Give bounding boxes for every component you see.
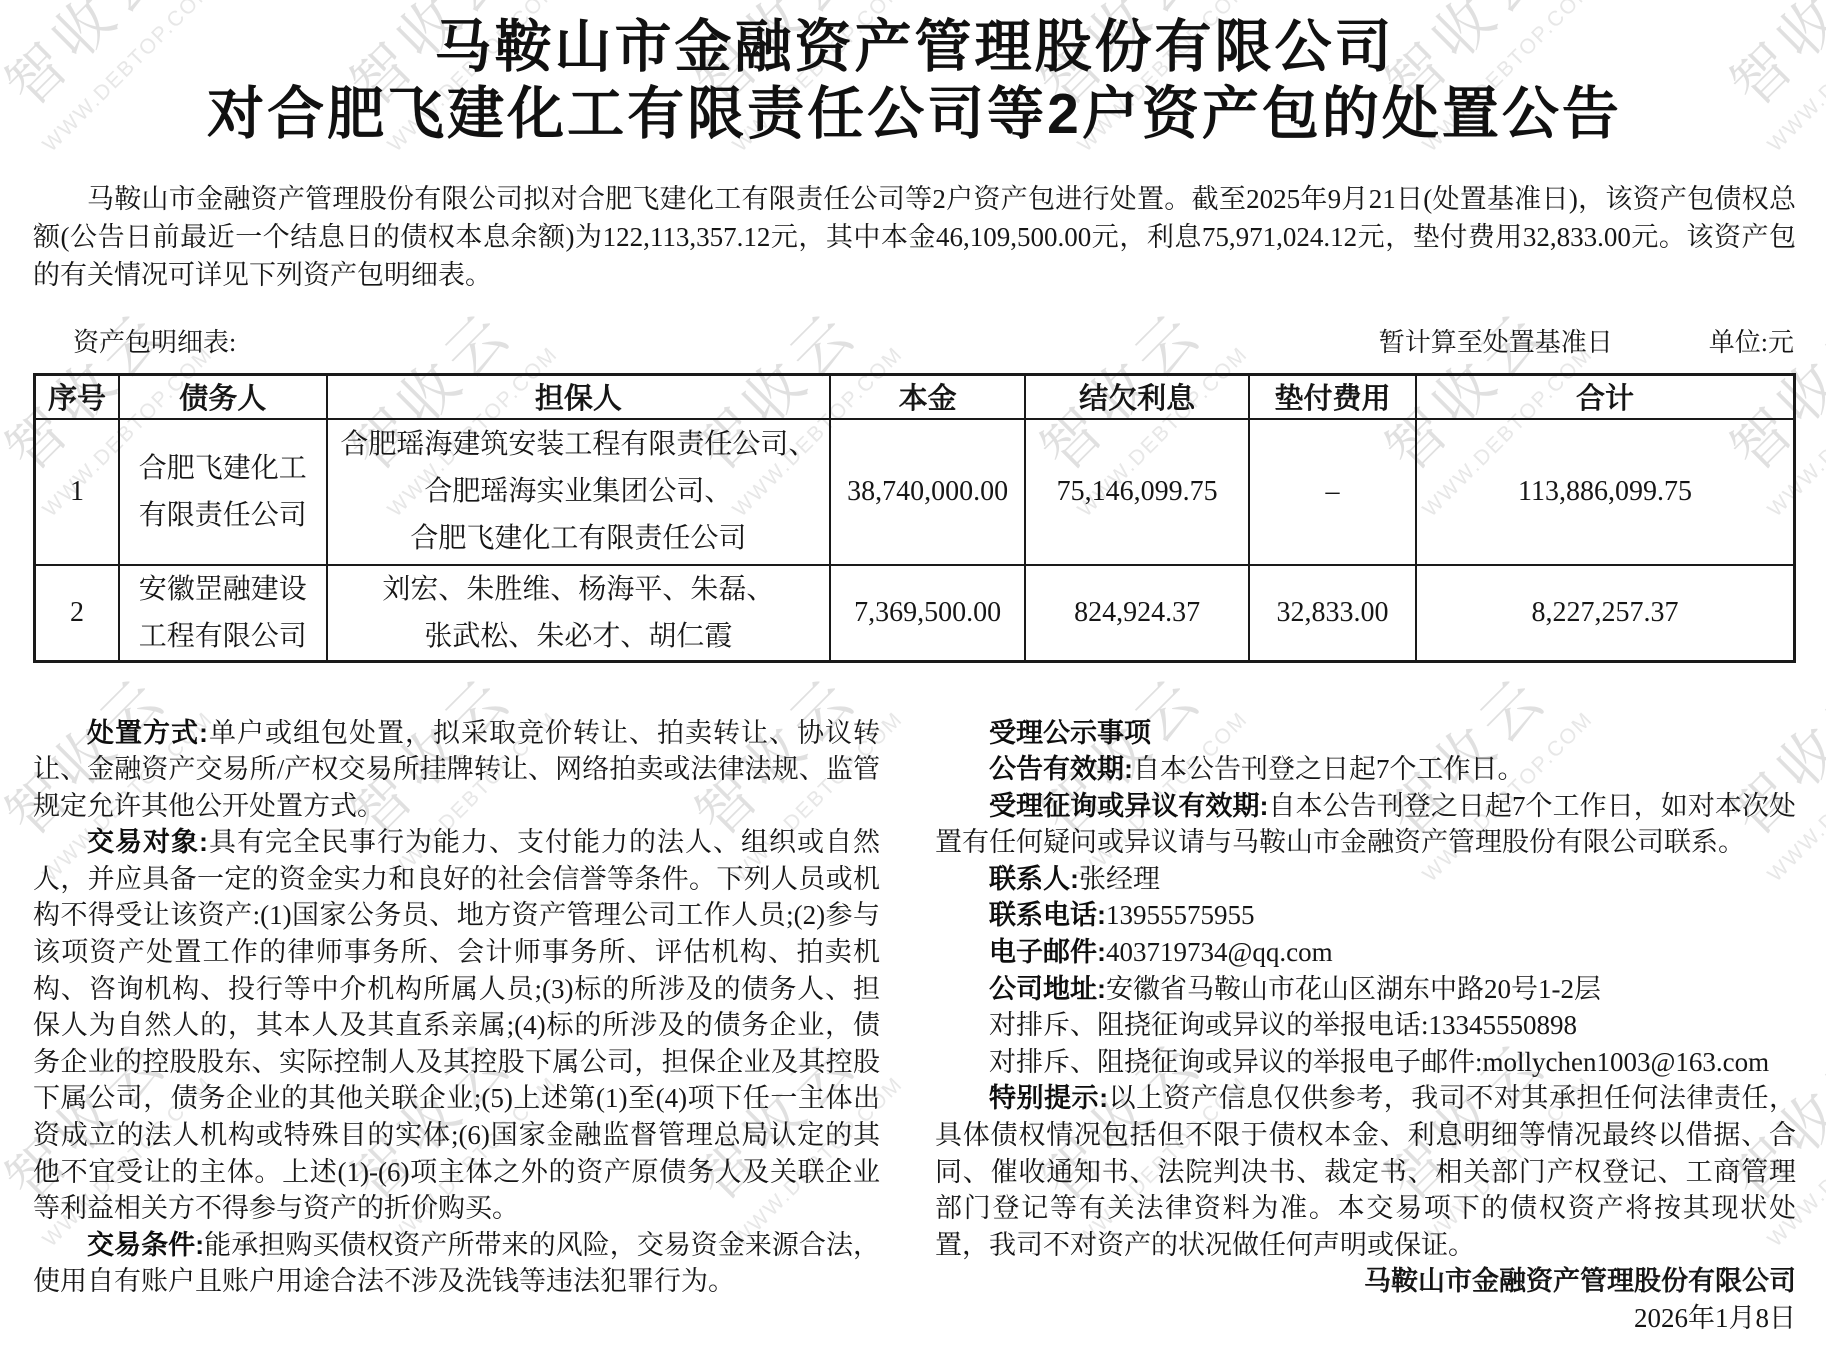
debtor-cell: 安徽罡融建设 工程有限公司 bbox=[119, 565, 327, 662]
transaction-target-paragraph: 交易对象:具有完全民事行为能力、支付能力的法人、组织或自然人，并应具备一定的资金… bbox=[33, 824, 880, 1227]
signature-date: 2026年1月8日 bbox=[935, 1300, 1796, 1337]
asset-package-table: 序号 债务人 担保人 本金 结欠利息 垫付费用 合计 1 合肥飞建化工 有限责任… bbox=[33, 373, 1796, 663]
phone-paragraph: 联系电话:13955575955 bbox=[935, 897, 1796, 934]
special-notice-paragraph: 特别提示:以上资产信息仅供参考，我司不对其承担任何法律责任，具体债权情况包括但不… bbox=[935, 1080, 1796, 1263]
guarantor-line: 刘宏、朱胜维、杨海平、朱磊、 bbox=[332, 566, 825, 613]
intro-paragraph: 马鞍山市金融资产管理股份有限公司拟对合肥飞建化工有限责任公司等2户资产包进行处置… bbox=[33, 180, 1796, 294]
email-paragraph: 电子邮件:403719734@qq.com bbox=[935, 934, 1796, 971]
interest-cell: 75,146,099.75 bbox=[1025, 419, 1249, 565]
header-principal: 本金 bbox=[830, 375, 1025, 419]
email-text: 403719734@qq.com bbox=[1106, 937, 1333, 967]
guarantor-line: 合肥瑶海建筑安装工程有限责任公司、 bbox=[332, 421, 825, 468]
table-caption-title: 资产包明细表: bbox=[73, 322, 236, 359]
report-phone-paragraph: 对排斥、阻挠征询或异议的举报电话:13345550898 bbox=[935, 1007, 1796, 1044]
guarantor-line: 合肥瑶海实业集团公司、 bbox=[332, 468, 825, 515]
transaction-condition-paragraph: 交易条件:能承担购买债权资产所带来的风险，交易资金来源合法，使用自有账户且账户用… bbox=[33, 1227, 880, 1300]
total-cell: 8,227,257.37 bbox=[1416, 565, 1794, 662]
contact-paragraph: 联系人:张经理 bbox=[935, 861, 1796, 898]
transaction-target-label: 交易对象: bbox=[87, 827, 208, 857]
phone-label: 联系电话: bbox=[989, 900, 1106, 930]
guarantor-line: 张武松、朱必才、胡仁霞 bbox=[332, 613, 825, 660]
header-serial: 序号 bbox=[35, 375, 119, 419]
transaction-condition-label: 交易条件: bbox=[87, 1230, 204, 1260]
address-paragraph: 公司地址:安徽省马鞍山市花山区湖东中路20号1-2层 bbox=[935, 971, 1796, 1008]
address-label: 公司地址: bbox=[989, 974, 1106, 1004]
table-row: 1 合肥飞建化工 有限责任公司 合肥瑶海建筑安装工程有限责任公司、 合肥瑶海实业… bbox=[35, 419, 1795, 565]
serial-cell: 1 bbox=[35, 419, 119, 565]
header-guarantor: 担保人 bbox=[327, 375, 830, 419]
guarantor-cell: 合肥瑶海建筑安装工程有限责任公司、 合肥瑶海实业集团公司、 合肥飞建化工有限责任… bbox=[327, 419, 830, 565]
right-column: 受理公示事项 公告有效期:自本公告刊登之日起7个工作日。 受理征询或异议有效期:… bbox=[935, 715, 1796, 1337]
contact-text: 张经理 bbox=[1079, 864, 1160, 894]
header-total: 合计 bbox=[1416, 375, 1794, 419]
left-column: 处置方式:单户或组包处置，拟采取竞价转让、拍卖转让、协议转让、金融资产交易所/产… bbox=[33, 715, 880, 1337]
advance-fee-cell: – bbox=[1249, 419, 1416, 565]
report-email-paragraph: 对排斥、阻挠征询或异议的举报电子邮件:mollychen1003@163.com bbox=[935, 1044, 1796, 1081]
bottom-columns: 处置方式:单户或组包处置，拟采取竞价转让、拍卖转让、协议转让、金融资产交易所/产… bbox=[33, 715, 1796, 1337]
validity-label: 公告有效期: bbox=[989, 754, 1133, 784]
announcement-document: 智收云WWW.DEBTOP.COM智收云WWW.DEBTOP.COM智收云WWW… bbox=[0, 0, 1826, 1368]
transaction-target-text: 具有完全民事行为能力、支付能力的法人、组织或自然人，并应具备一定的资金实力和良好… bbox=[33, 827, 880, 1223]
debtor-line: 工程有限公司 bbox=[124, 613, 322, 660]
objection-label: 受理征询或异议有效期: bbox=[989, 791, 1269, 821]
debtor-line: 合肥飞建化工 bbox=[124, 445, 322, 492]
contact-label: 联系人: bbox=[989, 864, 1079, 894]
disposal-method-label: 处置方式: bbox=[87, 718, 208, 748]
phone-text: 13955575955 bbox=[1106, 900, 1255, 930]
signature-company: 马鞍山市金融资产管理股份有限公司 bbox=[935, 1263, 1796, 1300]
header-debtor: 债务人 bbox=[119, 375, 327, 419]
debtor-cell: 合肥飞建化工 有限责任公司 bbox=[119, 419, 327, 565]
header-advance-fee: 垫付费用 bbox=[1249, 375, 1416, 419]
acceptance-heading: 受理公示事项 bbox=[935, 715, 1796, 752]
table-caption-unit: 单位:元 bbox=[1709, 322, 1794, 359]
document-content: 马鞍山市金融资产管理股份有限公司 对合肥飞建化工有限责任公司等2户资产包的处置公… bbox=[0, 0, 1826, 1337]
table-header-row: 序号 债务人 担保人 本金 结欠利息 垫付费用 合计 bbox=[35, 375, 1795, 419]
special-notice-label: 特别提示: bbox=[989, 1083, 1108, 1113]
disposal-method-paragraph: 处置方式:单户或组包处置，拟采取竞价转让、拍卖转让、协议转让、金融资产交易所/产… bbox=[33, 715, 880, 825]
title-line-2: 对合肥飞建化工有限责任公司等2户资产包的处置公告 bbox=[33, 81, 1796, 148]
address-text: 安徽省马鞍山市花山区湖东中路20号1-2层 bbox=[1106, 974, 1601, 1004]
validity-paragraph: 公告有效期:自本公告刊登之日起7个工作日。 bbox=[935, 751, 1796, 788]
advance-fee-cell: 32,833.00 bbox=[1249, 565, 1416, 662]
table-row: 2 安徽罡融建设 工程有限公司 刘宏、朱胜维、杨海平、朱磊、 张武松、朱必才、胡… bbox=[35, 565, 1795, 662]
interest-cell: 824,924.37 bbox=[1025, 565, 1249, 662]
header-interest: 结欠利息 bbox=[1025, 375, 1249, 419]
debtor-line: 有限责任公司 bbox=[124, 492, 322, 539]
table-caption-row: 资产包明细表: 暂计算至处置基准日 单位:元 bbox=[33, 322, 1796, 359]
email-label: 电子邮件: bbox=[989, 937, 1106, 967]
principal-cell: 7,369,500.00 bbox=[830, 565, 1025, 662]
guarantor-line: 合肥飞建化工有限责任公司 bbox=[332, 515, 825, 562]
debtor-line: 安徽罡融建设 bbox=[124, 566, 322, 613]
total-cell: 113,886,099.75 bbox=[1416, 419, 1794, 565]
table-caption-basis: 暂计算至处置基准日 bbox=[1379, 322, 1613, 359]
guarantor-cell: 刘宏、朱胜维、杨海平、朱磊、 张武松、朱必才、胡仁霞 bbox=[327, 565, 830, 662]
document-title: 马鞍山市金融资产管理股份有限公司 对合肥飞建化工有限责任公司等2户资产包的处置公… bbox=[33, 14, 1796, 148]
validity-text: 自本公告刊登之日起7个工作日。 bbox=[1133, 754, 1525, 784]
objection-paragraph: 受理征询或异议有效期:自本公告刊登之日起7个工作日，如对本次处置有任何疑问或异议… bbox=[935, 788, 1796, 861]
principal-cell: 38,740,000.00 bbox=[830, 419, 1025, 565]
serial-cell: 2 bbox=[35, 565, 119, 662]
title-line-1: 马鞍山市金融资产管理股份有限公司 bbox=[33, 14, 1796, 81]
